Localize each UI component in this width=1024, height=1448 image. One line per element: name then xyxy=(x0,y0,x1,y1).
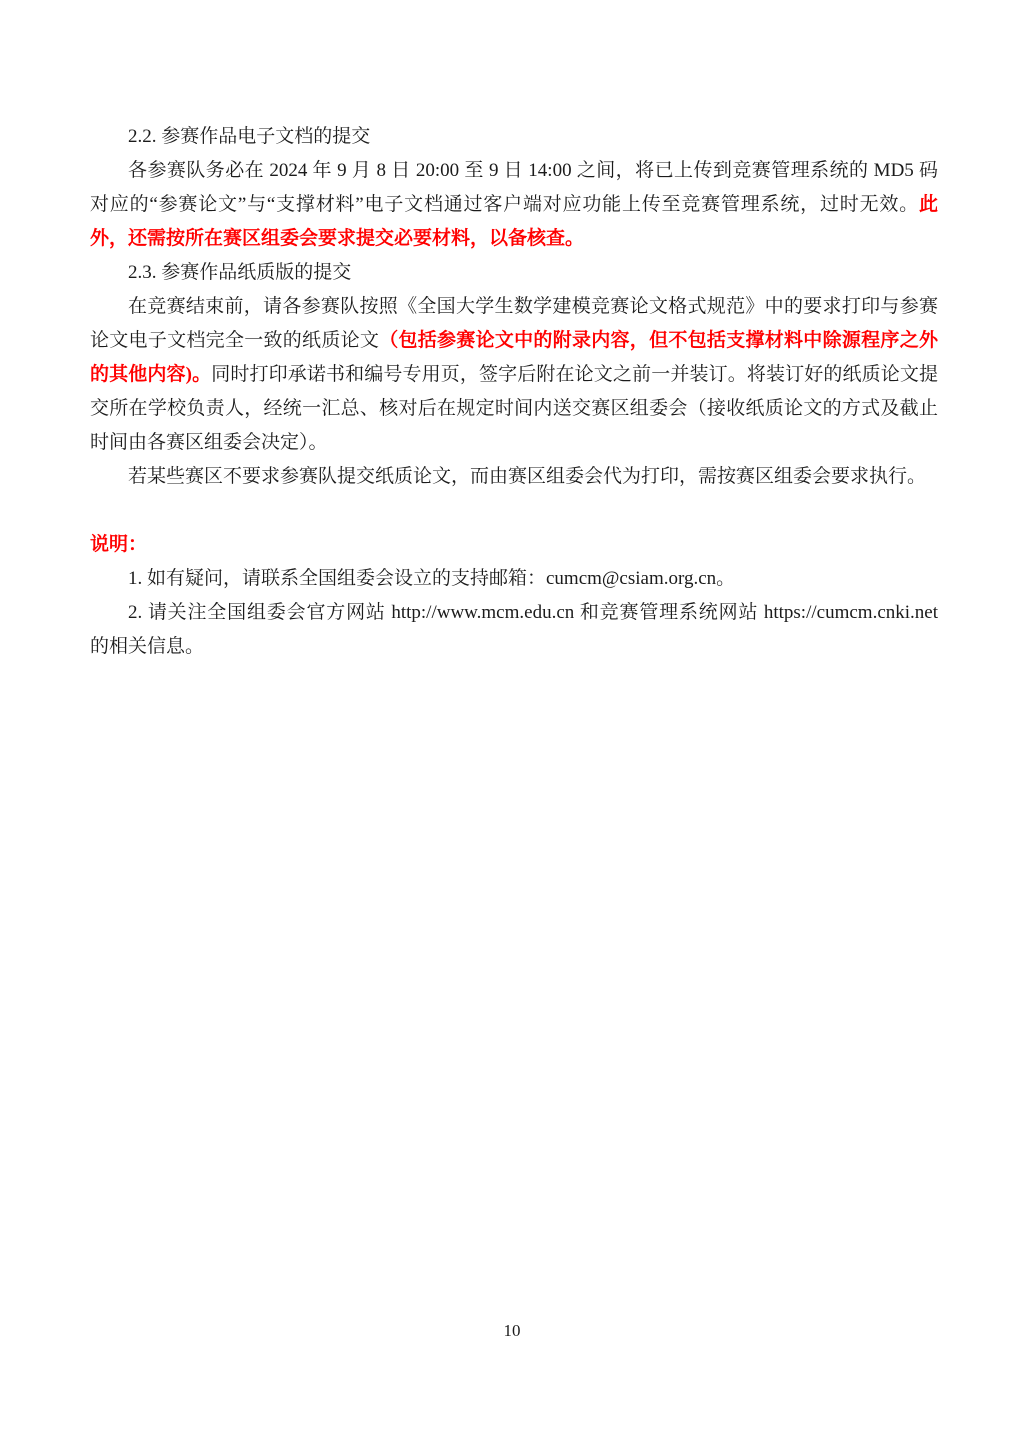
document-page: 2.2. 参赛作品电子文档的提交各参赛队务必在 2024 年 9 月 8 日 2… xyxy=(0,0,1024,1448)
note-2-official-websites: 2. 请关注全国组委会官方网站 http://www.mcm.edu.cn 和竞… xyxy=(90,596,938,664)
note-1-support-email: 1. 如有疑问，请联系全国组委会设立的支持邮箱：cumcm@csiam.org.… xyxy=(90,562,938,596)
notes-label: 说明： xyxy=(90,528,938,562)
text-run: 2.2. 参赛作品电子文档的提交 xyxy=(128,126,370,147)
text-run: 1. 如有疑问，请联系全国组委会设立的支持邮箱：cumcm@csiam.org.… xyxy=(128,568,735,589)
text-run: 2. 请关注全国组委会官方网站 http://www.mcm.edu.cn 和竞… xyxy=(90,602,938,657)
district-print-paragraph: 若某些赛区不要求参赛队提交纸质论文，而由赛区组委会代为打印，需按赛区组委会要求执… xyxy=(90,460,938,494)
section-2-3-heading: 2.3. 参赛作品纸质版的提交 xyxy=(90,256,938,290)
section-2-2-heading: 2.2. 参赛作品电子文档的提交 xyxy=(90,120,938,154)
page-number: 10 xyxy=(0,1320,1024,1342)
text-run: 同时打印承诺书和编号专用页，签字后附在论文之前一并装订。将装订好的纸质论文提交所… xyxy=(90,364,938,453)
emphasis-text-run: 说明： xyxy=(90,534,147,555)
text-run: 若某些赛区不要求参赛队提交纸质论文，而由赛区组委会代为打印，需按赛区组委会要求执… xyxy=(128,466,926,487)
electronic-submission-paragraph: 各参赛队务必在 2024 年 9 月 8 日 20:00 至 9 日 14:00… xyxy=(90,154,938,256)
paper-submission-paragraph: 在竞赛结束前，请各参赛队按照《全国大学生数学建模竞赛论文格式规范》中的要求打印与… xyxy=(90,290,938,460)
text-run: 各参赛队务必在 2024 年 9 月 8 日 20:00 至 9 日 14:00… xyxy=(90,160,938,215)
document-body: 2.2. 参赛作品电子文档的提交各参赛队务必在 2024 年 9 月 8 日 2… xyxy=(90,120,938,664)
text-run: 2.3. 参赛作品纸质版的提交 xyxy=(128,262,351,283)
